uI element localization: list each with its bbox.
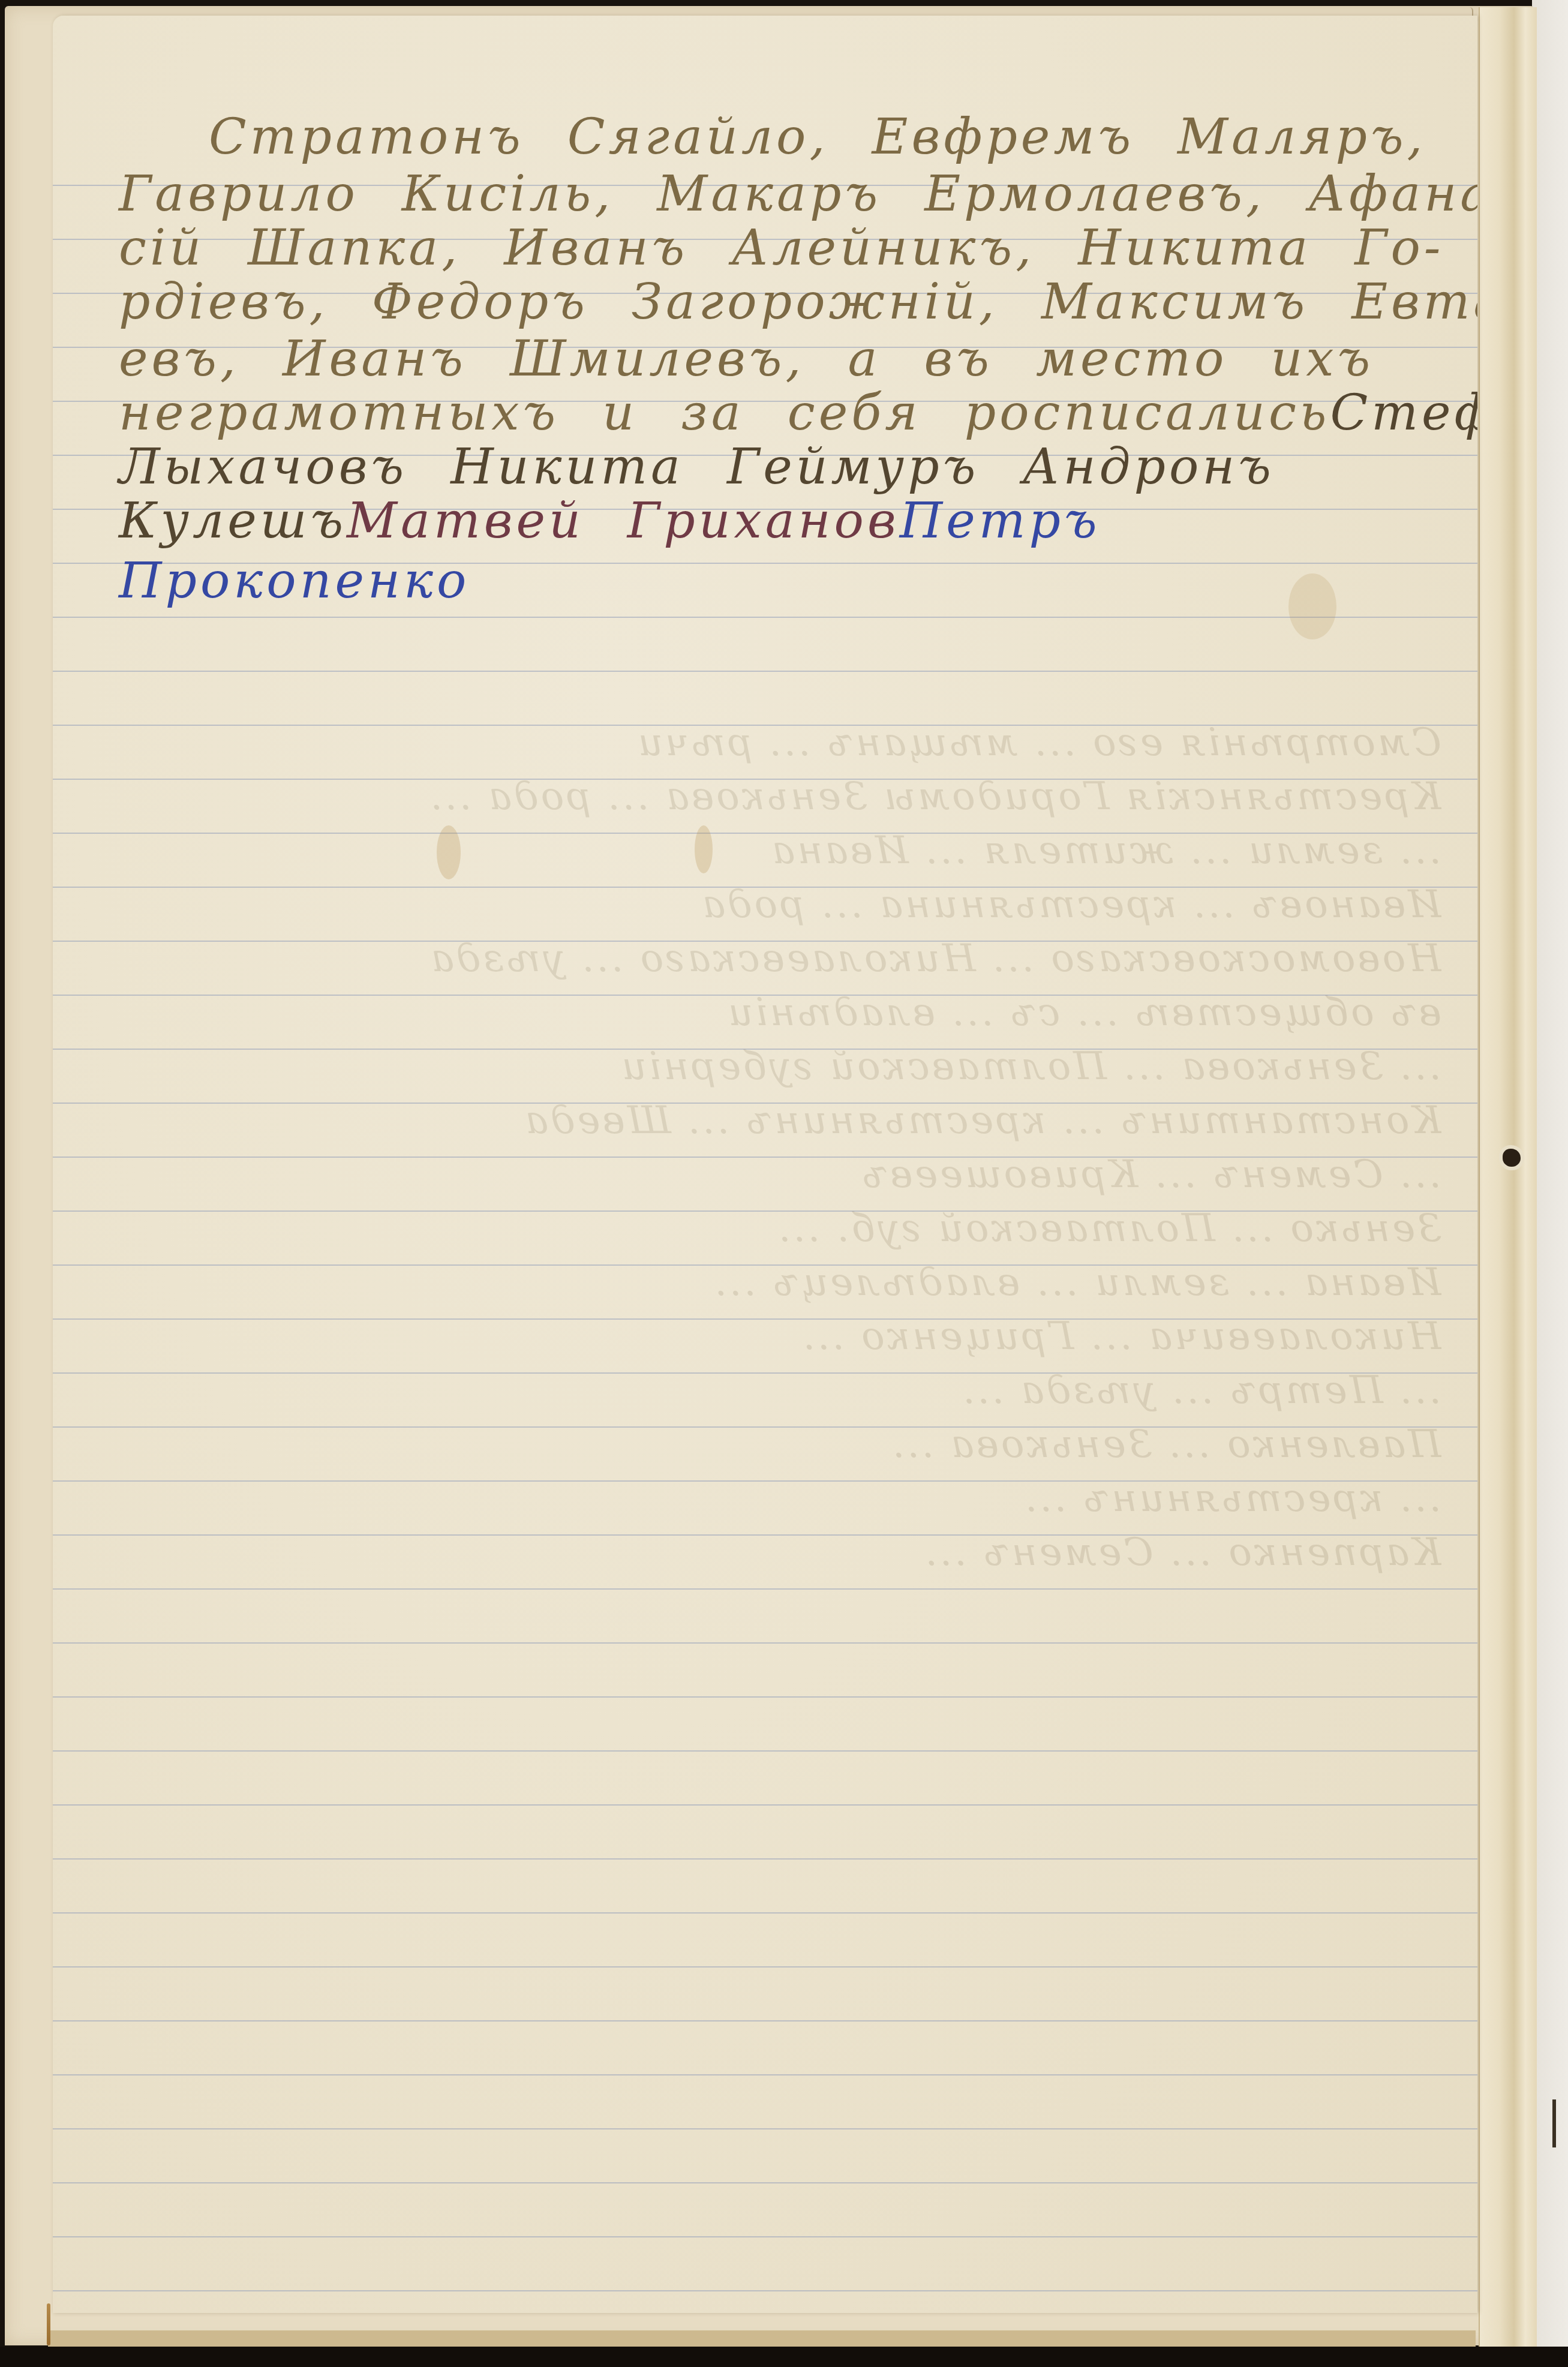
handwritten-line: сій Шапка, Иванъ Алейникъ, Никита Го- <box>119 220 1444 277</box>
binding-tear-hole <box>1503 1149 1521 1167</box>
ruled-line <box>53 1858 1477 1860</box>
ruled-line <box>53 2290 1477 2291</box>
ruled-line <box>53 833 1477 834</box>
bleed-through-line: Ивановъ ... крестьянина ... рода <box>77 882 1441 927</box>
ruled-line <box>53 1210 1477 1212</box>
ruled-line <box>53 887 1477 888</box>
ruled-line <box>53 1804 1477 1806</box>
handwritten-text: Стратонъ Сягайло, Евфремъ Маляръ, <box>209 109 1426 166</box>
binding-thread <box>1552 2099 1556 2147</box>
ruled-line <box>53 1480 1477 1482</box>
handwritten-text: евъ, Иванъ Шмилевъ, а въ место ихъ <box>119 331 1374 388</box>
ruled-line <box>53 1426 1477 1428</box>
signature: Лыхачовъ Никита Геймуръ Андронъ <box>119 438 1275 495</box>
handwritten-text: рдіевъ, Федоръ Загорожній, Максимъ Евта- <box>119 274 1477 331</box>
ruled-line <box>53 2236 1477 2237</box>
handwritten-line: рдіевъ, Федоръ Загорожній, Максимъ Евта- <box>119 274 1477 331</box>
ink-stain <box>437 825 461 879</box>
signature: Петръ <box>900 492 1101 549</box>
handwritten-line: Кулешъ Матвей Гриханов Петръ <box>119 492 1101 549</box>
handwritten-line: Гаврило Кисіль, Макаръ Ермолаевъ, Афана- <box>119 166 1477 223</box>
scanner-bed <box>1532 0 1568 2367</box>
ruled-line <box>53 1696 1477 1698</box>
manuscript-page: Смотрѣнія его ... мѣщанъ ... рѣчиКрестья… <box>53 16 1477 2313</box>
ruled-line <box>53 671 1477 672</box>
ruled-line <box>53 617 1477 618</box>
bleed-through-line: Константинъ ... крестьянинъ ... Шведа <box>77 1098 1441 1143</box>
bleed-through-line: Павленко ... Зенькова ... <box>77 1422 1441 1467</box>
ruled-line <box>53 1049 1477 1050</box>
scan-bottom-shadow <box>0 2347 1568 2367</box>
folded-page-edge <box>1479 7 1537 2347</box>
ruled-line <box>53 779 1477 780</box>
bleed-through-line: Ивана ... земли ... владѣлецъ ... <box>77 1260 1441 1305</box>
ruled-line <box>53 1103 1477 1104</box>
ruled-line <box>53 2020 1477 2021</box>
handwritten-line: неграмотныхъ и за себя росписались Стефа… <box>119 385 1477 441</box>
ruled-line <box>53 2182 1477 2183</box>
bleed-through-line: ... крестьянинъ ... <box>77 1476 1441 1521</box>
ruled-line <box>53 1966 1477 1968</box>
signature: Кулешъ <box>119 492 347 549</box>
ink-stain <box>695 825 713 873</box>
water-stain <box>1288 573 1336 639</box>
wax-drip <box>47 2303 50 2345</box>
handwritten-text: сій Шапка, Иванъ Алейникъ, Никита Го- <box>119 220 1444 277</box>
page-bottom-edge <box>48 2330 1476 2347</box>
bleed-through-line: ... земли ... жителя ... Ивана <box>77 828 1441 873</box>
handwritten-text: неграмотныхъ и за себя росписались <box>119 385 1330 441</box>
ruled-line <box>53 941 1477 942</box>
bleed-through-line: ... Семенъ ... Кривошеевъ <box>77 1152 1441 1197</box>
ruled-line <box>53 1750 1477 1752</box>
ruled-line <box>53 1157 1477 1158</box>
handwritten-text: Гаврило Кисіль, Макаръ Ермолаевъ, Афана- <box>119 166 1477 223</box>
ruled-line <box>53 995 1477 996</box>
bleed-through-line: ... Петръ ... уѣзда ... <box>77 1368 1441 1413</box>
handwritten-line: Стратонъ Сягайло, Евфремъ Маляръ, <box>143 109 1426 166</box>
bleed-through-line: ... Зенькова ... Полтавской губерніи <box>77 1044 1441 1089</box>
ruled-line <box>53 1534 1477 1536</box>
signature: Прокопенко <box>119 552 470 609</box>
bleed-through-line: Николаевича ... Гриценко ... <box>77 1314 1441 1359</box>
ruled-line <box>53 1588 1477 1590</box>
bleed-through-line: Новомосковскаго ... Николаевскаго ... уѣ… <box>77 936 1441 981</box>
bleed-through-line: въ обществѣ ... съ ... владѣніи <box>77 990 1441 1035</box>
ruled-line <box>53 1318 1477 1320</box>
bleed-through-line: Смотрѣнія его ... мѣщанъ ... рѣчи <box>77 720 1441 765</box>
ruled-line <box>53 1264 1477 1266</box>
signature: Матвей Гриханов <box>347 492 900 549</box>
bleed-through-line: Крестьянскія Горидомы Зенькова ... рода … <box>77 774 1441 819</box>
bleed-through-line: Карпенко ... Семенъ ... <box>77 1530 1441 1575</box>
handwritten-line: евъ, Иванъ Шмилевъ, а въ место ихъ <box>119 331 1374 388</box>
bleed-through-line: Зенько ... Полтавской губ. ... <box>77 1206 1441 1251</box>
ruled-line <box>53 1912 1477 1914</box>
signature: Стефанъ <box>1330 385 1477 441</box>
ruled-line <box>53 1372 1477 1374</box>
ruled-line <box>53 1642 1477 1644</box>
ruled-line <box>53 2128 1477 2129</box>
ruled-line <box>53 2074 1477 2075</box>
ruled-line <box>53 725 1477 726</box>
handwritten-line: Лыхачовъ Никита Геймуръ Андронъ <box>119 438 1275 495</box>
handwritten-line: Прокопенко <box>119 552 470 609</box>
